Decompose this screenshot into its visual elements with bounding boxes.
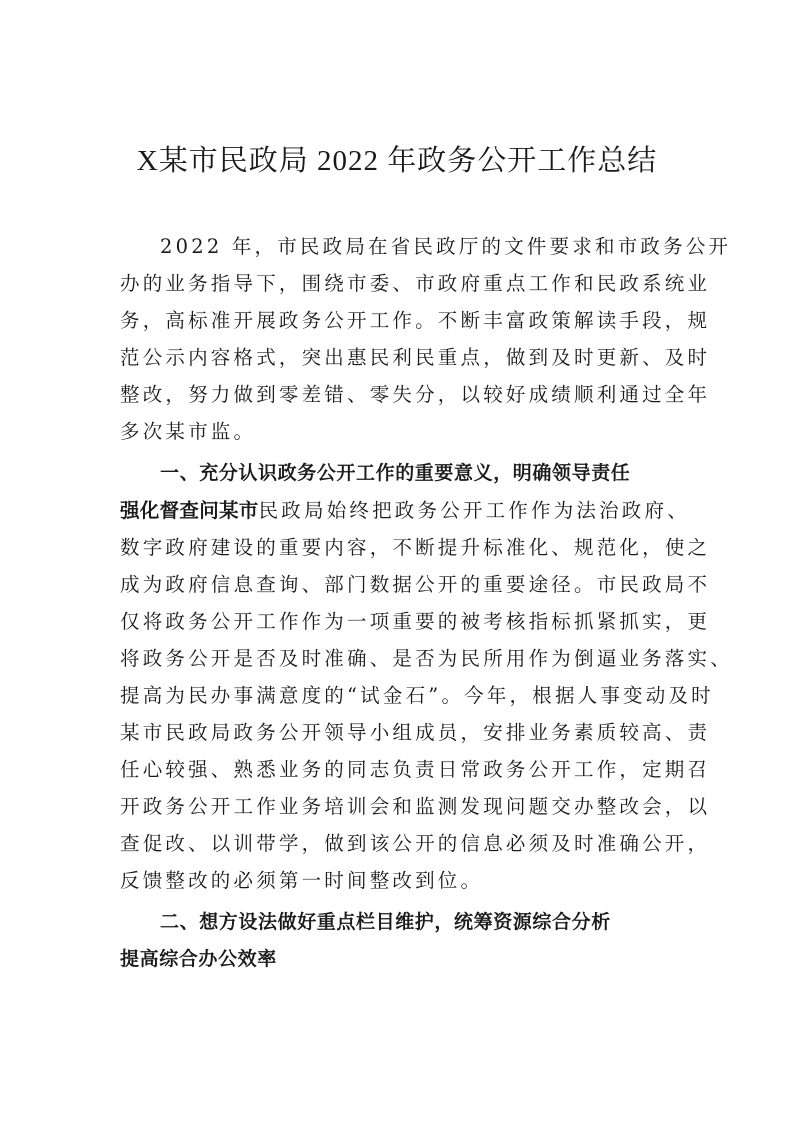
section1-body-line: 将政务公开是否及时准确、是否为民所用作为倒逼业务落实、 xyxy=(120,640,680,677)
section1-heading: 一、充分认识政务公开工作的重要意义，明确领导责任 xyxy=(160,455,680,492)
section1-body-line: 查促改、以训带学，做到该公开的信息必须及时准确公开， xyxy=(120,825,680,862)
intro-line-1: 2022 年，市民政局在省民政厅的文件要求和市政务公开 xyxy=(160,228,680,265)
section1-body-line: 数字政府建设的重要内容，不断提升标准化、规范化，使之 xyxy=(120,529,680,566)
section1-line-1: 强化督查问某市民政局始终把政务公开工作作为法治政府、 xyxy=(120,492,680,529)
section1-body-line: 开政务公开工作业务培训会和监测发现问题交办整改会，以 xyxy=(120,788,680,825)
section2-heading: 二、想方设法做好重点栏目维护，统筹资源综合分析 xyxy=(160,904,680,941)
section1-body-line: 任心较强、熟悉业务的同志负责日常政务公开工作，定期召 xyxy=(120,751,680,788)
section1-body-line: 某市民政局政务公开领导小组成员，安排业务素质较高、责 xyxy=(120,714,680,751)
intro-line-3: 务，高标准开展政务公开工作。不断丰富政策解读手段，规 xyxy=(120,302,680,339)
intro-line-4: 范公示内容格式，突出惠民利民重点，做到及时更新、及时 xyxy=(120,339,680,376)
document-title: X某市民政局 2022 年政务公开工作总结 xyxy=(0,138,794,179)
section1-body-start: 民政局始终把政务公开工作作为法治政府、 xyxy=(259,499,690,522)
intro-line-6: 多次某市监。 xyxy=(120,413,680,450)
section1-heading-continuation: 强化督查问某市 xyxy=(120,499,259,522)
section1-body-line: 提高为民办事满意度的“试金石”。今年，根据人事变动及时 xyxy=(120,677,680,714)
intro-line-5: 整改，努力做到零差错、零失分，以较好成绩顺利通过全年 xyxy=(120,376,680,413)
section1-body-line: 反馈整改的必须第一时间整改到位。 xyxy=(120,862,680,899)
section2-heading-continuation: 提高综合办公效率 xyxy=(120,941,680,978)
section1-body-line: 仅将政务公开工作作为一项重要的被考核指标抓紧抓实，更 xyxy=(120,603,680,640)
intro-line-2: 办的业务指导下，围绕市委、市政府重点工作和民政系统业 xyxy=(120,265,680,302)
section1-body-line: 成为政府信息查询、部门数据公开的重要途径。市民政局不 xyxy=(120,566,680,603)
